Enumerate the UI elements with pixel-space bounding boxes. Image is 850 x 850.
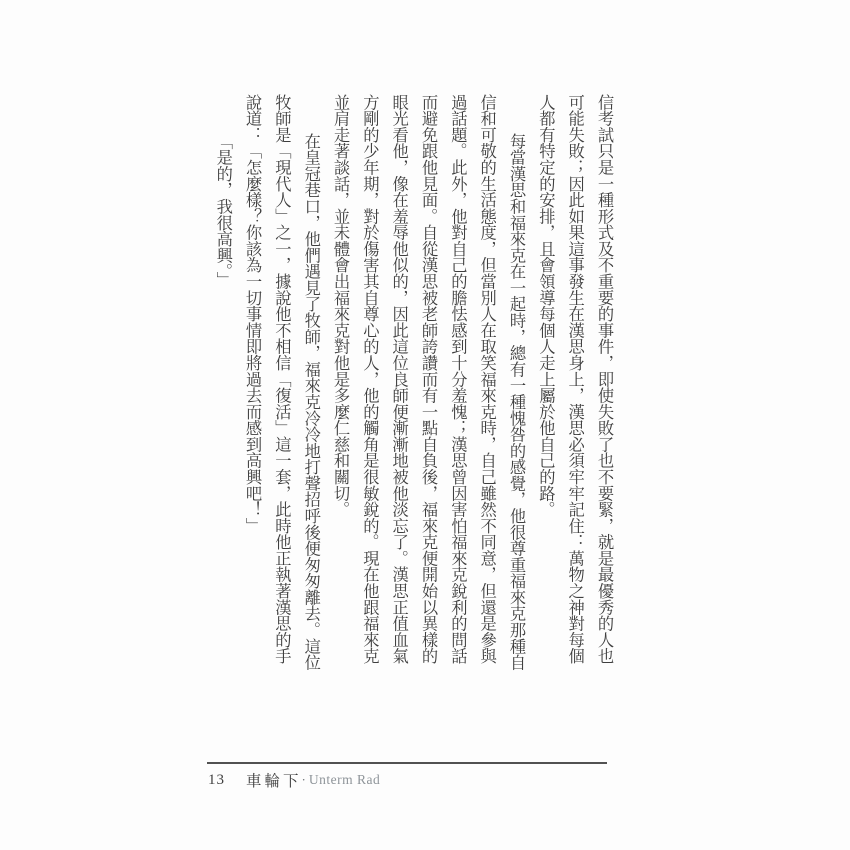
paragraph: 在皇冠巷口，他們遇見了牧師，福來克冷冷地打聲招呼後便匆匆離去。這位牧師是「現代人…	[238, 94, 326, 674]
footer: 13 車輪下 · Unterm Rad	[208, 769, 380, 791]
paragraph: 信考試只是一種形式及不重要的事件，即使失敗了也不要緊，就是最優秀的人也可能失敗；…	[531, 94, 619, 674]
title-separator-dot: ·	[302, 772, 306, 788]
paragraph: 每當漢思和福來克在一起時，總有一種愧咎的感覺，他很尊重福來克那種自信和可敬的生活…	[326, 94, 531, 674]
footer-divider	[207, 762, 607, 764]
paragraph-dialogue: 「是的，我很高興。」	[208, 94, 237, 674]
book-page: 信考試只是一種形式及不重要的事件，即使失敗了也不要緊，就是最優秀的人也可能失敗；…	[0, 0, 850, 850]
book-title-german: Unterm Rad	[309, 772, 380, 788]
page-number: 13	[208, 772, 225, 789]
body-text: 信考試只是一種形式及不重要的事件，即使失敗了也不要緊，就是最優秀的人也可能失敗；…	[203, 94, 619, 674]
book-title-chinese: 車輪下	[246, 769, 302, 791]
